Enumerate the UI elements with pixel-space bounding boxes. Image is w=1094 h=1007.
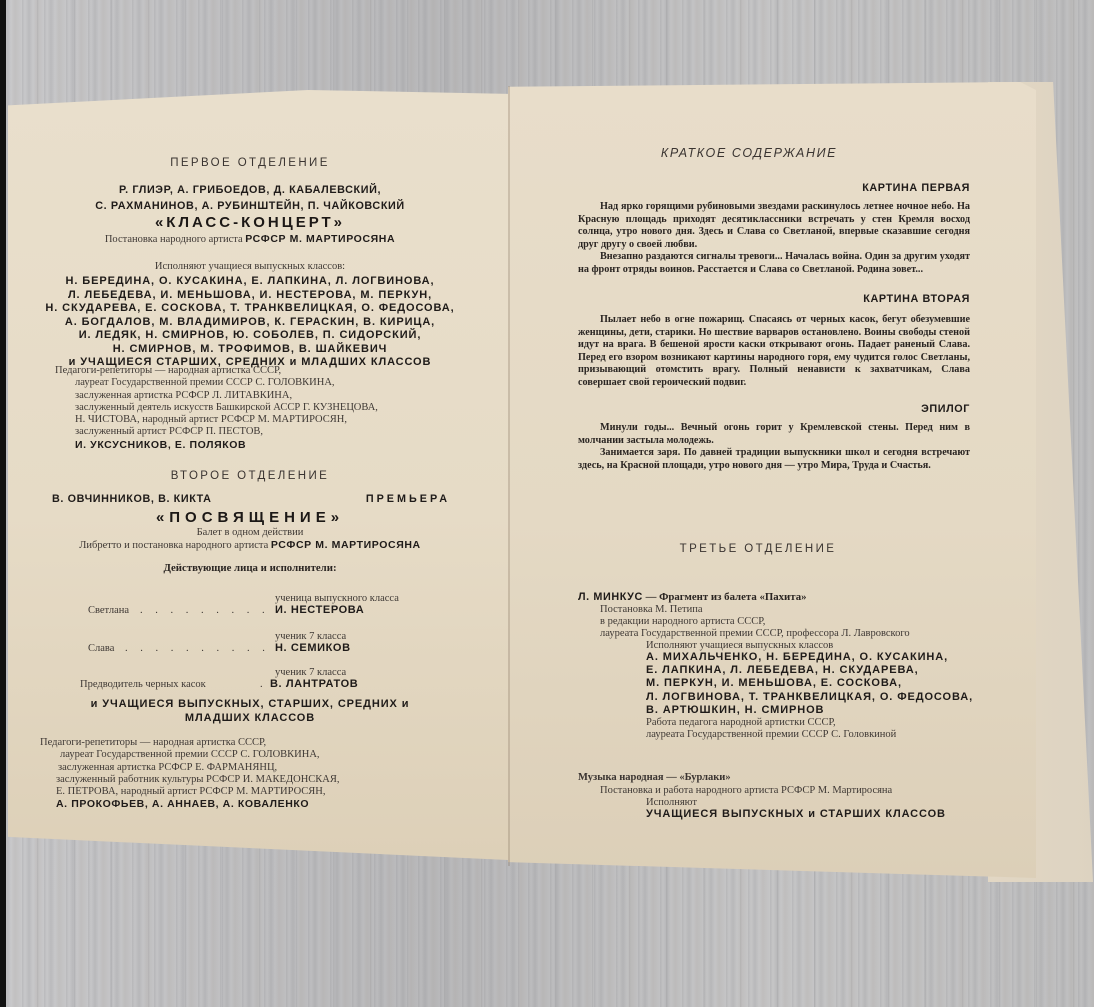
performers-line: Л. ЛОГВИНОВА, Т. ТРАНКВЕЛИЦКАЯ, О. ФЕДОС…	[646, 691, 998, 704]
credit-line: лауреата Государственной премии СССР, пр…	[600, 628, 998, 640]
teachers-line: Е. ПЕТРОВА, народный артист РСФСР М. МАР…	[40, 786, 460, 798]
teachers-line: А. ПРОКОФЬЕВ, А. АННАЕВ, А. КОВАЛЕНКО	[40, 798, 460, 810]
performers-line: А. МИХАЛЬЧЕНКО, Н. БЕРЕДИНА, О. КУСАКИНА…	[646, 651, 998, 664]
part3-item1-composer: Л. МИНКУС	[578, 591, 643, 603]
premiere-label: ПРЕМЬЕРА	[366, 493, 450, 506]
part2-section: ВТОРОЕ ОТДЕЛЕНИЕ В. ОВЧИННИКОВ, В. КИКТА…	[40, 470, 460, 575]
part2-title: «ПОСВЯЩЕНИЕ»	[40, 511, 460, 524]
teachers-line: лауреат Государственной премии СССР С. Г…	[55, 377, 455, 389]
credit-line: в редакции народного артиста СССР,	[600, 616, 998, 628]
part3-item1-title-row: Л. МИНКУС — Фрагмент из балета «Пахита»	[578, 591, 998, 604]
teachers-line: Педагоги-репетиторы — народная артистка …	[55, 365, 455, 377]
teachers-line: Педагоги-репетиторы — народная артистка …	[40, 737, 460, 749]
part3-section: ТРЕТЬЕ ОТДЕЛЕНИЕ Л. МИНКУС — Фрагмент из…	[578, 543, 998, 822]
part1-performers-intro: Исполняют учащиеся выпускных классов:	[40, 260, 460, 273]
performers-line: Л. ЛЕБЕДЕВА, И. МЕНЬШОВА, И. НЕСТЕРОВА, …	[40, 289, 460, 303]
work-line: лауреата Государственной премии СССР С. …	[646, 729, 998, 741]
part2-libretto-prefix: Либретто и постановка народного артиста	[79, 540, 268, 551]
teachers-line: заслуженный артист РСФСР П. ПЕСТОВ,	[55, 426, 455, 438]
cast-performer: Н. СЕМИКОВ	[275, 642, 351, 655]
cast-row: ученик 7 класса Предводитель черных касо…	[80, 666, 450, 696]
part2-composer-row: В. ОВЧИННИКОВ, В. КИКТА ПРЕМЬЕРА	[40, 493, 460, 509]
teachers-line: лауреат Государственной премии СССР С. Г…	[40, 749, 460, 761]
performers-line: Н. БЕРЕДИНА, О. КУСАКИНА, Е. ЛАПКИНА, Л.…	[40, 275, 460, 289]
cast-row: ученик 7 класса Слава . . . . . . . . . …	[80, 630, 450, 666]
part2-ensemble: и УЧАЩИЕСЯ ВЫПУСКНЫХ, СТАРШИХ, СРЕДНИХ и…	[40, 698, 460, 725]
part2-heading: ВТОРОЕ ОТДЕЛЕНИЕ	[40, 470, 460, 483]
cast-list: ученица выпускного класса Светлана . . .…	[80, 592, 450, 696]
teachers-line: Н. ЧИСТОВА, народный артист РСФСР М. МАР…	[55, 414, 455, 426]
epilogue-heading: ЭПИЛОГ	[578, 403, 970, 416]
scene1-paragraph: Над ярко горящими рубиновыми звездами ра…	[578, 201, 970, 251]
teachers-line: заслуженный деятель искусств Башкирской …	[55, 402, 455, 414]
part1-composers-line2: С. РАХМАНИНОВ, А. РУБИНШТЕЙН, П. ЧАЙКОВС…	[40, 200, 460, 213]
performers-line: М. ПЕРКУН, И. МЕНЬШОВА, Е. СОСКОВА,	[646, 677, 998, 690]
part1-section: ПЕРВОЕ ОТДЕЛЕНИЕ Р. ГЛИЭР, А. ГРИБОЕДОВ,…	[40, 157, 460, 370]
performers-line: Н. СМИРНОВ, М. ТРОФИМОВ, В. ШАЙКЕВИЧ	[40, 343, 460, 357]
part2-composers: В. ОВЧИННИКОВ, В. КИКТА	[52, 493, 212, 506]
performers-line: А. БОГДАЛОВ, М. ВЛАДИМИРОВ, К. ГЕРАСКИН,…	[40, 316, 460, 330]
teachers-line: заслуженная артистка РСФСР Е. ФАРМАНЯНЦ,	[40, 762, 460, 774]
teachers-line: заслуженная артистка РСФСР Л. ЛИТАВКИНА,	[55, 390, 455, 402]
part3-item1-work: Работа педагога народной артистки СССР, …	[578, 717, 998, 741]
cast-dots: .	[260, 678, 263, 691]
teachers-line: И. УКСУСНИКОВ, Е. ПОЛЯКОВ	[55, 439, 455, 451]
part2-libretto-name: РСФСР М. МАРТИРОСЯНА	[271, 539, 421, 551]
performers-line: В. АРТЮШКИН, Н. СМИРНОВ	[646, 704, 998, 717]
part3-item2-staging: Постановка и работа народного артиста РС…	[578, 784, 998, 797]
teachers-line: заслуженный работник культуры РСФСР И. М…	[40, 774, 460, 786]
part3-item1-performers: А. МИХАЛЬЧЕНКО, Н. БЕРЕДИНА, О. КУСАКИНА…	[578, 651, 998, 717]
part3-item1-title: — Фрагмент из балета «Пахита»	[643, 591, 807, 603]
part1-performers-list: Н. БЕРЕДИНА, О. КУСАКИНА, Е. ЛАПКИНА, Л.…	[40, 275, 460, 370]
performers-line: И. ЛЕДЯК, Н. СМИРНОВ, Ю. СОБОЛЕВ, П. СИД…	[40, 329, 460, 343]
performers-line: Е. ЛАПКИНА, Л. ЛЕБЕДЕВА, Н. СКУДАРЕВА,	[646, 664, 998, 677]
part2-libretto: Либретто и постановка народного артиста …	[40, 539, 460, 552]
scene2-paragraph: Пылает небо в огне пожарищ. Спасаясь от …	[578, 314, 970, 389]
epilogue-paragraph: Занимается заря. По давней традиции выпу…	[578, 447, 970, 472]
part1-teachers: Педагоги-репетиторы — народная артистка …	[55, 365, 455, 451]
cast-dots: . . . . . . . . .	[140, 604, 270, 617]
cast-performer: И. НЕСТЕРОВА	[275, 604, 364, 617]
performers-line: Н. СКУДАРЕВА, Е. СОСКОВА, Т. ТРАНКВЕЛИЦК…	[40, 302, 460, 316]
part3-heading: ТРЕТЬЕ ОТДЕЛЕНИЕ	[578, 543, 998, 556]
part3-item2-title: Музыка народная — «Бурлаки»	[578, 771, 998, 784]
credit-line: Постановка М. Петипа	[600, 604, 998, 616]
ensemble-line: МЛАДШИХ КЛАССОВ	[40, 712, 460, 726]
cast-role: Слава	[88, 642, 114, 655]
scene1-paragraph: Внезапно раздаются сигналы тревоги... На…	[578, 251, 970, 276]
part2-teachers: Педагоги-репетиторы — народная артистка …	[40, 737, 460, 811]
cast-role: Светлана	[88, 604, 129, 617]
epilogue-paragraph: Минули годы... Вечный огонь горит у Крем…	[578, 422, 970, 447]
part3-item1-credits: Постановка М. Петипа в редакции народног…	[578, 604, 998, 640]
part1-title: «КЛАСС-КОНЦЕРТ»	[40, 216, 460, 229]
cast-performer: В. ЛАНТРАТОВ	[270, 678, 358, 691]
part3-item2-performers: УЧАЩИЕСЯ ВЫПУСКНЫХ и СТАРШИХ КЛАССОВ	[578, 808, 998, 822]
scene1-heading: КАРТИНА ПЕРВАЯ	[578, 182, 970, 195]
cast-row: ученица выпускного класса Светлана . . .…	[80, 592, 450, 630]
part1-heading: ПЕРВОЕ ОТДЕЛЕНИЕ	[40, 157, 460, 170]
photo-left-border	[0, 0, 6, 1007]
cast-dots: . . . . . . . . . .	[125, 642, 270, 655]
ensemble-line: и УЧАЩИЕСЯ ВЫПУСКНЫХ, СТАРШИХ, СРЕДНИХ и	[40, 698, 460, 712]
part1-composers-line1: Р. ГЛИЭР, А. ГРИБОЕДОВ, Д. КАБАЛЕВСКИЙ,	[40, 184, 460, 197]
part1-staging-prefix: Постановка народного артиста	[105, 234, 243, 245]
part1-staging-name: РСФСР М. МАРТИРОСЯНА	[245, 233, 395, 245]
part3-item2-performers-intro: Исполняют	[578, 797, 998, 808]
synopsis-section: КРАТКОЕ СОДЕРЖАНИЕ КАРТИНА ПЕРВАЯ Над яр…	[578, 147, 970, 472]
cast-role: Предводитель черных касок	[80, 678, 206, 691]
synopsis-heading: КРАТКОЕ СОДЕРЖАНИЕ	[578, 147, 970, 160]
scene2-heading: КАРТИНА ВТОРАЯ	[578, 293, 970, 306]
work-line: Работа педагога народной артистки СССР,	[646, 717, 998, 729]
part3-item1-performers-intro: Исполняют учащиеся выпускных классов	[578, 640, 998, 651]
cast-heading: Действующие лица и исполнители:	[40, 562, 460, 575]
part2-subtitle: Балет в одном действии	[40, 526, 460, 539]
part1-staging: Постановка народного артиста РСФСР М. МА…	[40, 233, 460, 246]
booklet-fold	[508, 86, 510, 866]
